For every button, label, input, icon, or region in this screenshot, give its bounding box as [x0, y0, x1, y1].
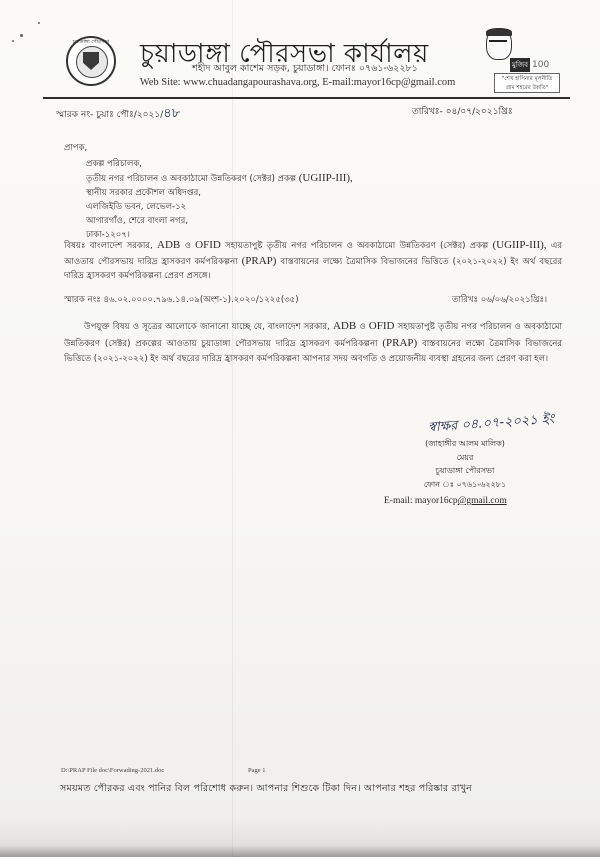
memo-number-handwritten: ৪৮ — [163, 106, 180, 121]
slogan-line-1: "শেখ হাসিনার মূলনীতি — [495, 75, 559, 84]
subject-paragraph: বিষয়ঃ বাংলাদেশ সরকার, ADB ও OFID সহায়ত… — [64, 238, 562, 284]
recipient-line: প্রকল্প পরিচালক, — [86, 157, 353, 171]
email-link[interactable]: @gmail.com — [458, 496, 507, 506]
scan-speck — [12, 40, 14, 42]
header-divider — [43, 97, 570, 99]
signatory-designation: মেয়র — [385, 451, 545, 465]
paper-edge-shadow — [0, 817, 600, 857]
signatory-block: (জাহাঙ্গীর আলম মালিক) মেয়র চুয়াডাঙ্গা … — [385, 437, 545, 491]
scan-speck — [38, 22, 40, 24]
memo-label: স্মারক নং- চুয়াঃ পৌঃ/২০২১/ — [56, 110, 163, 120]
municipality-seal-logo: চুয়াডাঙ্গা পৌরসভা — [66, 36, 116, 86]
office-address: শহীদ আবুল কাশেম সড়ক, চুয়াডাঙ্গা। ফোনঃ … — [140, 62, 470, 77]
portrait-hair — [486, 28, 512, 36]
recipient-line: আগারগাঁও, শেরে বাংলা নগর, — [86, 214, 353, 228]
footer-slogan: সময়মত পৌরকর এবং পানির বিল পরিশোধ করুন। … — [60, 782, 472, 797]
signatory-email: E-mail: mayor16cp@gmail.com — [384, 496, 507, 506]
handwritten-signature: স্বাক্ষর ০৪.০৭-২০২১ ইং — [427, 410, 555, 440]
slogan-line-2: গ্রাম শহরের উন্নতি" — [495, 84, 559, 93]
mujib-badge: মুজিব — [510, 58, 530, 72]
body-paragraph: উপযুক্ত বিষয় ও সূত্রের আলোকে জানানো যাচ… — [64, 319, 562, 368]
mujib-number: 100 — [532, 60, 549, 70]
mujib-100-logo: মুজিব 100 — [510, 58, 548, 72]
footer-page-number: Page 1 — [248, 767, 266, 774]
slogan-box: "শেখ হাসিনার মূলনীতি গ্রাম শহরের উন্নতি" — [494, 73, 560, 93]
letter-date: তারিখঃ- ০৪/০৭/২০২১খ্রিঃ — [412, 104, 513, 119]
office-web-email: Web Site: www.chuadangapourashava.org, E… — [125, 77, 470, 88]
recipient-line: তৃতীয় নগর পরিচালন ও অবকাঠামো উন্নতিকরণ … — [86, 171, 353, 185]
signatory-office: চুয়াডাঙ্গা পৌরসভা — [385, 464, 545, 478]
project-code: (UGIIP-III), — [299, 172, 353, 184]
memo-reference: স্মারক নং- চুয়াঃ পৌঃ/২০২১/৪৮ — [56, 104, 180, 125]
recipient-line: এলজিইডি ভবন, লেভেল-১২ — [86, 200, 353, 214]
footer-file-path: D:\PRAP File doc\Forwading-2021.doc — [61, 767, 164, 774]
recipient-label: প্রাপক, — [64, 141, 87, 155]
scan-speck — [20, 34, 23, 37]
source-memo-date: তারিখঃ ০৬/০৬/২০২১খ্রিঃ। — [452, 293, 547, 307]
source-memo-number: স্মারক নংঃ ৪৬.০২.০০০০.৭৯৬.১৪.০৯(অংশ-১).২… — [64, 293, 299, 307]
portrait-glasses — [489, 40, 507, 47]
letter-page: চুয়াডাঙ্গা পৌরসভা চুয়াডাঙ্গা পৌরসভা কা… — [0, 0, 600, 857]
signatory-phone: ফোন ঃ ০৭৬১-৬২২৮১ — [385, 478, 545, 492]
recipient-line: স্থানীয় সরকার প্রকৌশল অধিদপ্তর, — [86, 186, 353, 200]
signatory-name: (জাহাঙ্গীর আলম মালিক) — [385, 437, 545, 451]
recipient-address: প্রকল্প পরিচালক, তৃতীয় নগর পরিচালন ও অব… — [86, 157, 353, 243]
paper-crease — [232, 0, 233, 857]
